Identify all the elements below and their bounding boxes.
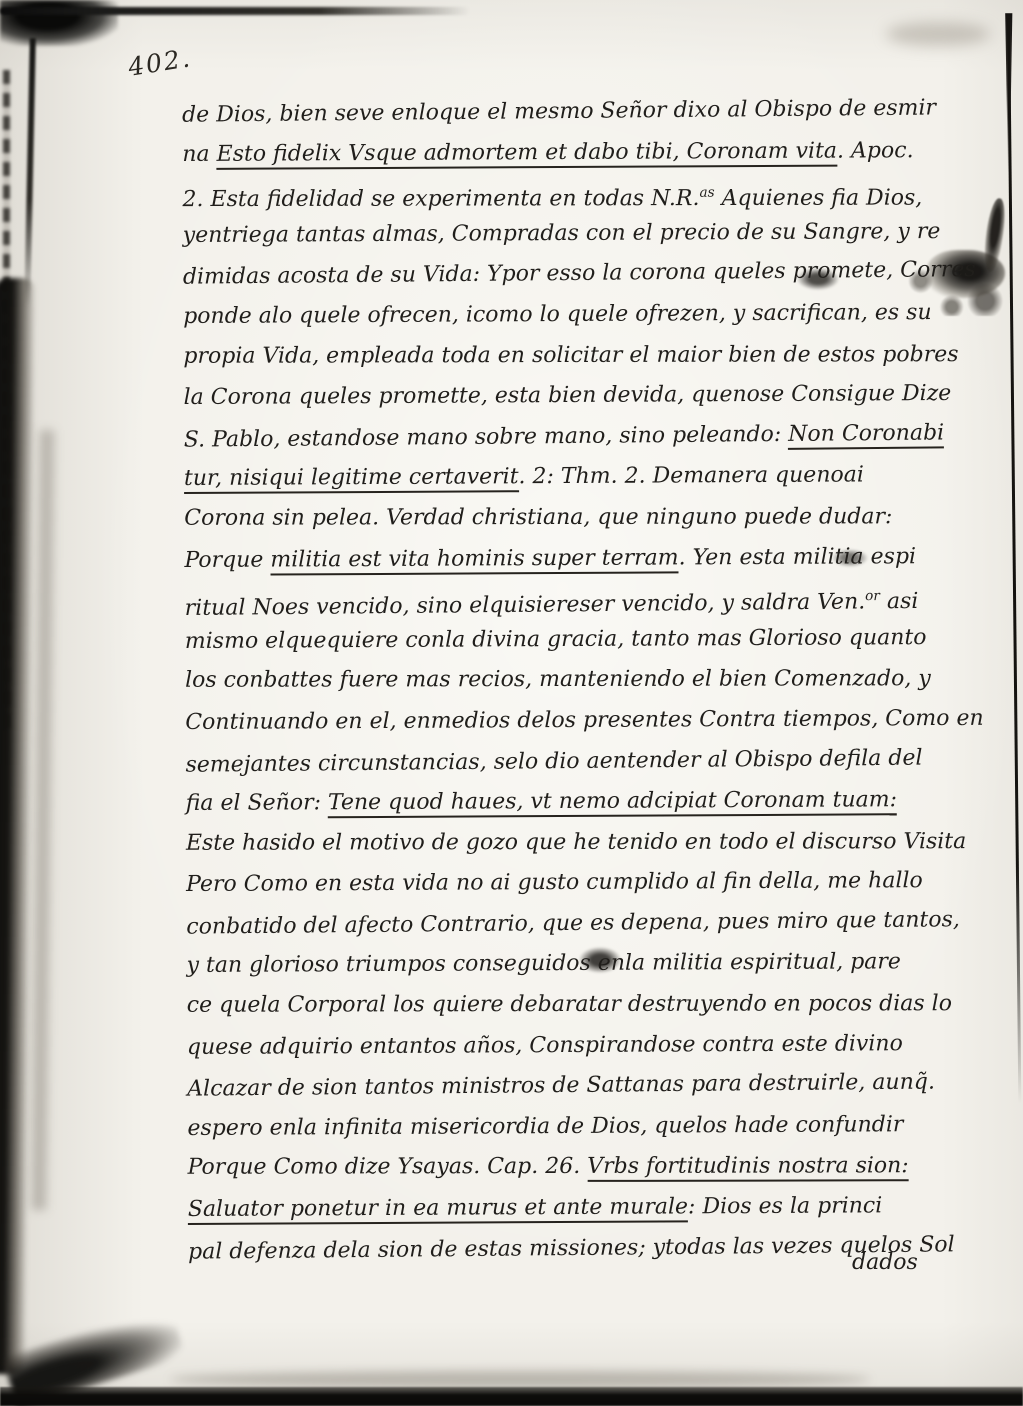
text-segment: ritual Noes vencido, sino elquisiereser …: [185, 590, 866, 622]
text-segment: Alcazar de sion tantos ministros de Satt…: [187, 1070, 935, 1102]
text-segment: Porque: [184, 547, 270, 572]
manuscript-line: Porque militia est vita hominis super te…: [184, 536, 959, 581]
text-segment: semejantes circunstancias, selo dio aent…: [185, 745, 922, 777]
manuscript-text-block: de Dios, bien seve enloque el mesmo Seño…: [182, 90, 963, 1271]
text-segment: la Corona queles promette, esta bien dev…: [184, 381, 952, 410]
manuscript-line: Alcazar de sion tantos ministros de Satt…: [187, 1062, 962, 1110]
text-segment: mismo elquequiere conla divina gracia, t…: [185, 625, 927, 654]
underlined-quote: Vrbs fortitudinis nostra sion:: [587, 1154, 909, 1183]
text-segment: conbatido del afecto Contrario, que es d…: [186, 907, 960, 939]
manuscript-line: y tan glorioso triumpos conseguidos enla…: [186, 942, 961, 987]
manuscript-line: de Dios, bien seve enloque el mesmo Seño…: [182, 88, 957, 136]
text-segment: 2. Esta fidelidad se experimenta en toda…: [183, 186, 700, 212]
manuscript-line: propia Vida, empleada toda en solicitar …: [183, 335, 958, 377]
manuscript-line: pal defenza dela sion de estas missiones…: [188, 1225, 963, 1273]
manuscript-line: yentriega tantas almas, Compradas con el…: [183, 212, 958, 257]
manuscript-line: Este hasido el motivo de gozo que he ten…: [186, 822, 961, 864]
manuscript-line: 2. Esta fidelidad se experimenta en toda…: [182, 172, 957, 214]
text-segment: yentriega tantas almas, Compradas con el…: [183, 219, 941, 248]
manuscript-line: Corona sin pelea. Verdad christiana, que…: [184, 497, 959, 539]
catchword: dados: [852, 1250, 918, 1275]
manuscript-line: Saluator ponetur in ea murus et ante mur…: [188, 1186, 963, 1231]
text-segment: as: [699, 185, 714, 201]
manuscript-line: na Esto fidelix Vsque admortem et dabo t…: [182, 131, 957, 176]
underlined-quote: tur, nisiqui legitime certaverit: [184, 465, 519, 495]
text-segment: pal defenza dela sion de estas missiones…: [188, 1232, 955, 1264]
manuscript-line: Porque Como dize Ysayas. Cap. 26. Vrbs f…: [188, 1147, 963, 1189]
text-segment: . 2: Thm. 2. Demanera quenoai: [518, 463, 863, 490]
text-segment: or: [865, 588, 880, 604]
text-segment: asi: [880, 589, 919, 614]
underlined-quote: Non Coronabi: [788, 420, 944, 449]
manuscript-line: la Corona queles promette, esta bien dev…: [183, 374, 958, 419]
manuscript-line: ponde alo quele ofrecen, icomo lo quele …: [183, 293, 958, 338]
text-segment: . Yen esta militia espi: [679, 544, 917, 570]
text-segment: dimidas acosta de su Vida: Ypor esso la …: [183, 257, 976, 290]
manuscript-page-scan: 402. de Dios, bien seve enloque el mesmo…: [0, 0, 1023, 1406]
manuscript-line: Continuando en el, enmedios delos presen…: [185, 699, 960, 744]
manuscript-line: ritual Noes vencido, sino elquisiereser …: [184, 575, 959, 623]
text-segment: los conbattes fuere mas recios, mantenie…: [185, 667, 931, 694]
text-segment: Aquienes fia Dios,: [715, 186, 923, 211]
text-segment: ce quela Corporal los quiere debaratar d…: [187, 991, 952, 1018]
manuscript-line: quese adquirio entantos años, Conspirand…: [187, 1024, 962, 1069]
text-segment: ponde alo quele ofrecen, icomo lo quele …: [183, 300, 932, 329]
text-segment: quese adquirio entantos años, Conspirand…: [187, 1031, 903, 1060]
text-segment: Corona sin pelea. Verdad christiana, que…: [184, 504, 892, 530]
text-segment: Continuando en el, enmedios delos presen…: [185, 706, 983, 735]
text-segment: fia el Señor:: [186, 790, 328, 816]
manuscript-line: S. Pablo, estandose mano sobre mano, sin…: [184, 413, 959, 461]
text-segment: Pero Como en esta vida no ai gusto cumpl…: [186, 868, 923, 897]
manuscript-line: Pero Como en esta vida no ai gusto cumpl…: [186, 861, 961, 906]
manuscript-line: ce quela Corporal los quiere debaratar d…: [187, 984, 962, 1026]
manuscript-line: espero enla infinita misericordia de Dio…: [187, 1105, 962, 1150]
text-segment: Este hasido el motivo de gozo que he ten…: [186, 829, 966, 856]
underlined-quote: Tene quod haues, vt nemo adcipiat Corona…: [328, 787, 897, 818]
text-segment: y tan glorioso triumpos conseguidos enla…: [187, 950, 901, 979]
text-segment: . Apoc.: [837, 138, 914, 163]
text-segment: na: [182, 141, 216, 166]
text-segment: Porque Como dize Ysayas. Cap. 26.: [188, 1154, 588, 1180]
text-segment: espero enla infinita misericordia de Dio…: [187, 1112, 903, 1141]
underlined-quote: Saluator ponetur in ea murus et ante mur…: [188, 1194, 688, 1225]
manuscript-line: mismo elquequiere conla divina gracia, t…: [185, 618, 960, 663]
manuscript-line: conbatido del afecto Contrario, que es d…: [186, 900, 961, 948]
underlined-quote: Esto fidelix Vsque admortem et dabo tibi…: [217, 138, 838, 169]
text-segment: : Dios es la princi: [688, 1193, 882, 1219]
manuscript-line: semejantes circunstancias, selo dio aent…: [185, 738, 960, 786]
text-segment: propia Vida, empleada toda en solicitar …: [183, 342, 958, 369]
text-segment: de Dios, bien seve enloque el mesmo Seño…: [182, 95, 936, 127]
manuscript-line: fia el Señor: Tene quod haues, vt nemo a…: [186, 780, 961, 825]
manuscript-line: tur, nisiqui legitime certaverit. 2: Thm…: [184, 455, 959, 500]
manuscript-line: los conbattes fuere mas recios, mantenie…: [185, 659, 960, 701]
manuscript-line: dimidas acosta de su Vida: Ypor esso la …: [183, 251, 958, 299]
text-segment: S. Pablo, estandose mano sobre mano, sin…: [184, 422, 789, 453]
underlined-quote: militia est vita hominis super terram: [270, 545, 678, 575]
